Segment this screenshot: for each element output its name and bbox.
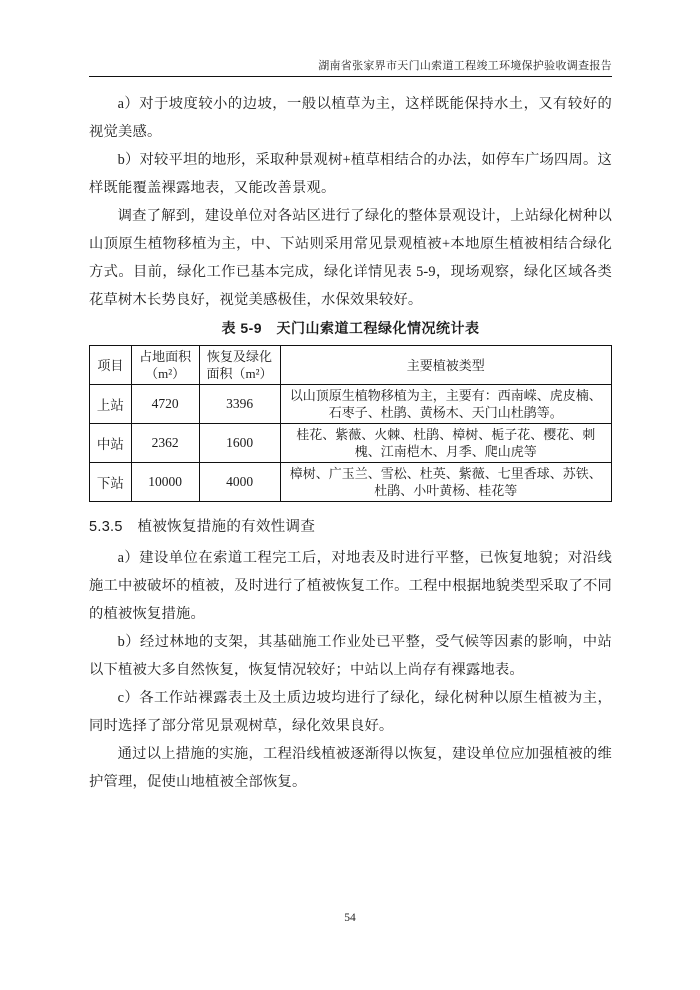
cell-plant-types: 以山顶原生植物移植为主，主要有：西南嵘、虎皮楠、石枣子、杜鹃、黄杨木、天门山杜鹃… xyxy=(280,385,611,424)
paragraph-restore-b: b）经过林地的支架，其基础施工作业处已平整，受气候等因素的影响，中站以下植被大多… xyxy=(89,628,612,684)
cell-plant-types: 樟树、广玉兰、雪松、杜英、紫薇、七里香球、苏铁、杜鹃、小叶黄杨、桂花等 xyxy=(280,463,611,502)
paragraph-closing: 通过以上措施的实施，工程沿线植被逐渐得以恢复，建设单位应加强植被的维护管理，促使… xyxy=(89,740,612,796)
paragraph-restore-c: c）各工作站裸露表土及土质边坡均进行了绿化，绿化树种以原生植被为主，同时选择了部… xyxy=(89,684,612,740)
table-header-row: 项目 占地面积（m²） 恢复及绿化面积（m²） 主要植被类型 xyxy=(90,346,612,385)
cell-area: 2362 xyxy=(131,424,199,463)
document-page: 湖南省张家界市天门山索道工程竣工环境保护验收调查报告 a）对于坡度较小的边坡，一… xyxy=(0,0,700,990)
paragraph-flat-b: b）对较平坦的地形，采取种景观树+植草相结合的办法，如停车广场四周。这样既能覆盖… xyxy=(89,146,612,202)
cell-project: 上站 xyxy=(90,385,132,424)
cell-project: 中站 xyxy=(90,424,132,463)
table-row-middle-station: 中站 2362 1600 桂花、紫薇、火棘、杜鹃、樟树、栀子花、樱花、刺槐、江南… xyxy=(90,424,612,463)
table-title: 表 5-9 天门山索道工程绿化情况统计表 xyxy=(89,314,612,342)
paragraph-survey-overview: 调查了解到，建设单位对各站区进行了绿化的整体景观设计，上站绿化树种以山顶原生植物… xyxy=(89,202,612,314)
cell-area: 4720 xyxy=(131,385,199,424)
cell-restored-area: 4000 xyxy=(199,463,280,502)
table-row-upper-station: 上站 4720 3396 以山顶原生植物移植为主，主要有：西南嵘、虎皮楠、石枣子… xyxy=(90,385,612,424)
greening-statistics-table: 项目 占地面积（m²） 恢复及绿化面积（m²） 主要植被类型 上站 4720 3… xyxy=(89,345,612,502)
cell-project: 下站 xyxy=(90,463,132,502)
page-number: 54 xyxy=(0,912,700,924)
paragraph-restore-a: a）建设单位在索道工程完工后，对地表及时进行平整，已恢复地貌；对沿线施工中被破坏… xyxy=(89,544,612,628)
table-row-lower-station: 下站 10000 4000 樟树、广玉兰、雪松、杜英、紫薇、七里香球、苏铁、杜鹃… xyxy=(90,463,612,502)
column-header-project: 项目 xyxy=(90,346,132,385)
cell-area: 10000 xyxy=(131,463,199,502)
cell-restored-area: 3396 xyxy=(199,385,280,424)
column-header-plant-types: 主要植被类型 xyxy=(280,346,611,385)
cell-plant-types: 桂花、紫薇、火棘、杜鹃、樟树、栀子花、樱花、刺槐、江南桤木、月季、爬山虎等 xyxy=(280,424,611,463)
running-header-title: 湖南省张家界市天门山索道工程竣工环境保护验收调查报告 xyxy=(89,0,612,77)
document-body: a）对于坡度较小的边坡，一般以植草为主，这样既能保持水土，又有较好的视觉美感。 … xyxy=(89,77,612,796)
column-header-restored-area: 恢复及绿化面积（m²） xyxy=(199,346,280,385)
paragraph-slope-a: a）对于坡度较小的边坡，一般以植草为主，这样既能保持水土，又有较好的视觉美感。 xyxy=(89,90,612,146)
cell-restored-area: 1600 xyxy=(199,424,280,463)
column-header-area: 占地面积（m²） xyxy=(131,346,199,385)
section-heading-5-3-5: 5.3.5 植被恢复措施的有效性调查 xyxy=(89,515,612,539)
